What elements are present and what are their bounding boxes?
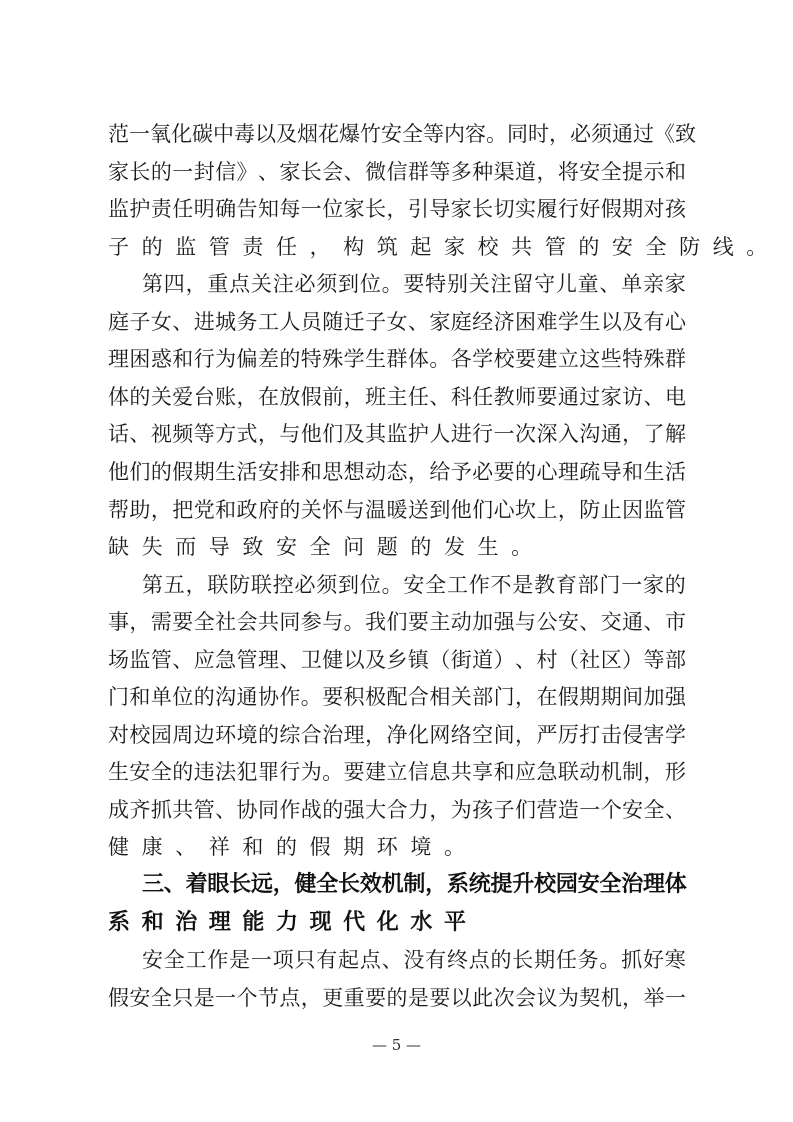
paragraph-line: 范一氧化碳中毒以及烟花爆竹安全等内容。同时，必须通过《致 xyxy=(108,119,686,149)
paragraph-line: 场监管、应急管理、卫健以及乡镇（街道）、村（社区）等部 xyxy=(108,645,686,675)
paragraph-line: 话、视频等方式，与他们及其监护人进行一次深入沟通，了解 xyxy=(108,419,686,449)
paragraph-line: 体的关爱台账，在放假前，班主任、科任教师要通过家访、电 xyxy=(108,382,686,412)
paragraph-line: 假安全只是一个节点，更重要的是要以此次会议为契机，举一 xyxy=(108,983,686,1013)
document-page: 范一氧化碳中毒以及烟花爆竹安全等内容。同时，必须通过《致家长的一封信》、家长会、… xyxy=(0,0,793,1122)
paragraph-line: 安全工作是一项只有起点、没有终点的长期任务。抓好寒 xyxy=(142,945,686,975)
paragraph-line: 事，需要全社会共同参与。我们要主动加强与公安、交通、市 xyxy=(108,607,686,637)
section-heading-line: 三、着眼长远，健全长效机制，系统提升校园安全治理体 xyxy=(142,870,686,900)
paragraph-line: 庭子女、进城务工人员随迁子女、家庭经济困难学生以及有心 xyxy=(108,307,686,337)
section-heading-line: 系和治理能力现代化水平 xyxy=(108,908,686,938)
paragraph-line: 第四，重点关注必须到位。要特别关注留守儿童、单亲家 xyxy=(142,269,686,299)
paragraph-line: 子的监管责任，构筑起家校共管的安全防线。 xyxy=(108,232,686,262)
paragraph-line: 对校园周边环境的综合治理，净化网络空间，严厉打击侵害学 xyxy=(108,720,686,750)
page-number: — 5 — xyxy=(0,1036,793,1054)
paragraph-line: 他们的假期生活安排和思想动态，给予必要的心理疏导和生活 xyxy=(108,457,686,487)
paragraph-line: 生安全的违法犯罪行为。要建立信息共享和应急联动机制，形 xyxy=(108,757,686,787)
paragraph-line: 帮助，把党和政府的关怀与温暖送到他们心坎上，防止因监管 xyxy=(108,495,686,525)
paragraph-line: 家长的一封信》、家长会、微信群等多种渠道，将安全提示和 xyxy=(108,157,686,187)
paragraph-line: 缺失而导致安全问题的发生。 xyxy=(108,532,686,562)
paragraph-line: 成齐抓共管、协同作战的强大合力，为孩子们营造一个安全、 xyxy=(108,795,686,825)
paragraph-line: 理困惑和行为偏差的特殊学生群体。各学校要建立这些特殊群 xyxy=(108,344,686,374)
paragraph-line: 第五，联防联控必须到位。安全工作不是教育部门一家的 xyxy=(142,570,686,600)
paragraph-line: 健康、祥和的假期环境。 xyxy=(108,832,686,862)
paragraph-line: 监护责任明确告知每一位家长，引导家长切实履行好假期对孩 xyxy=(108,194,686,224)
paragraph-line: 门和单位的沟通协作。要积极配合相关部门，在假期期间加强 xyxy=(108,682,686,712)
